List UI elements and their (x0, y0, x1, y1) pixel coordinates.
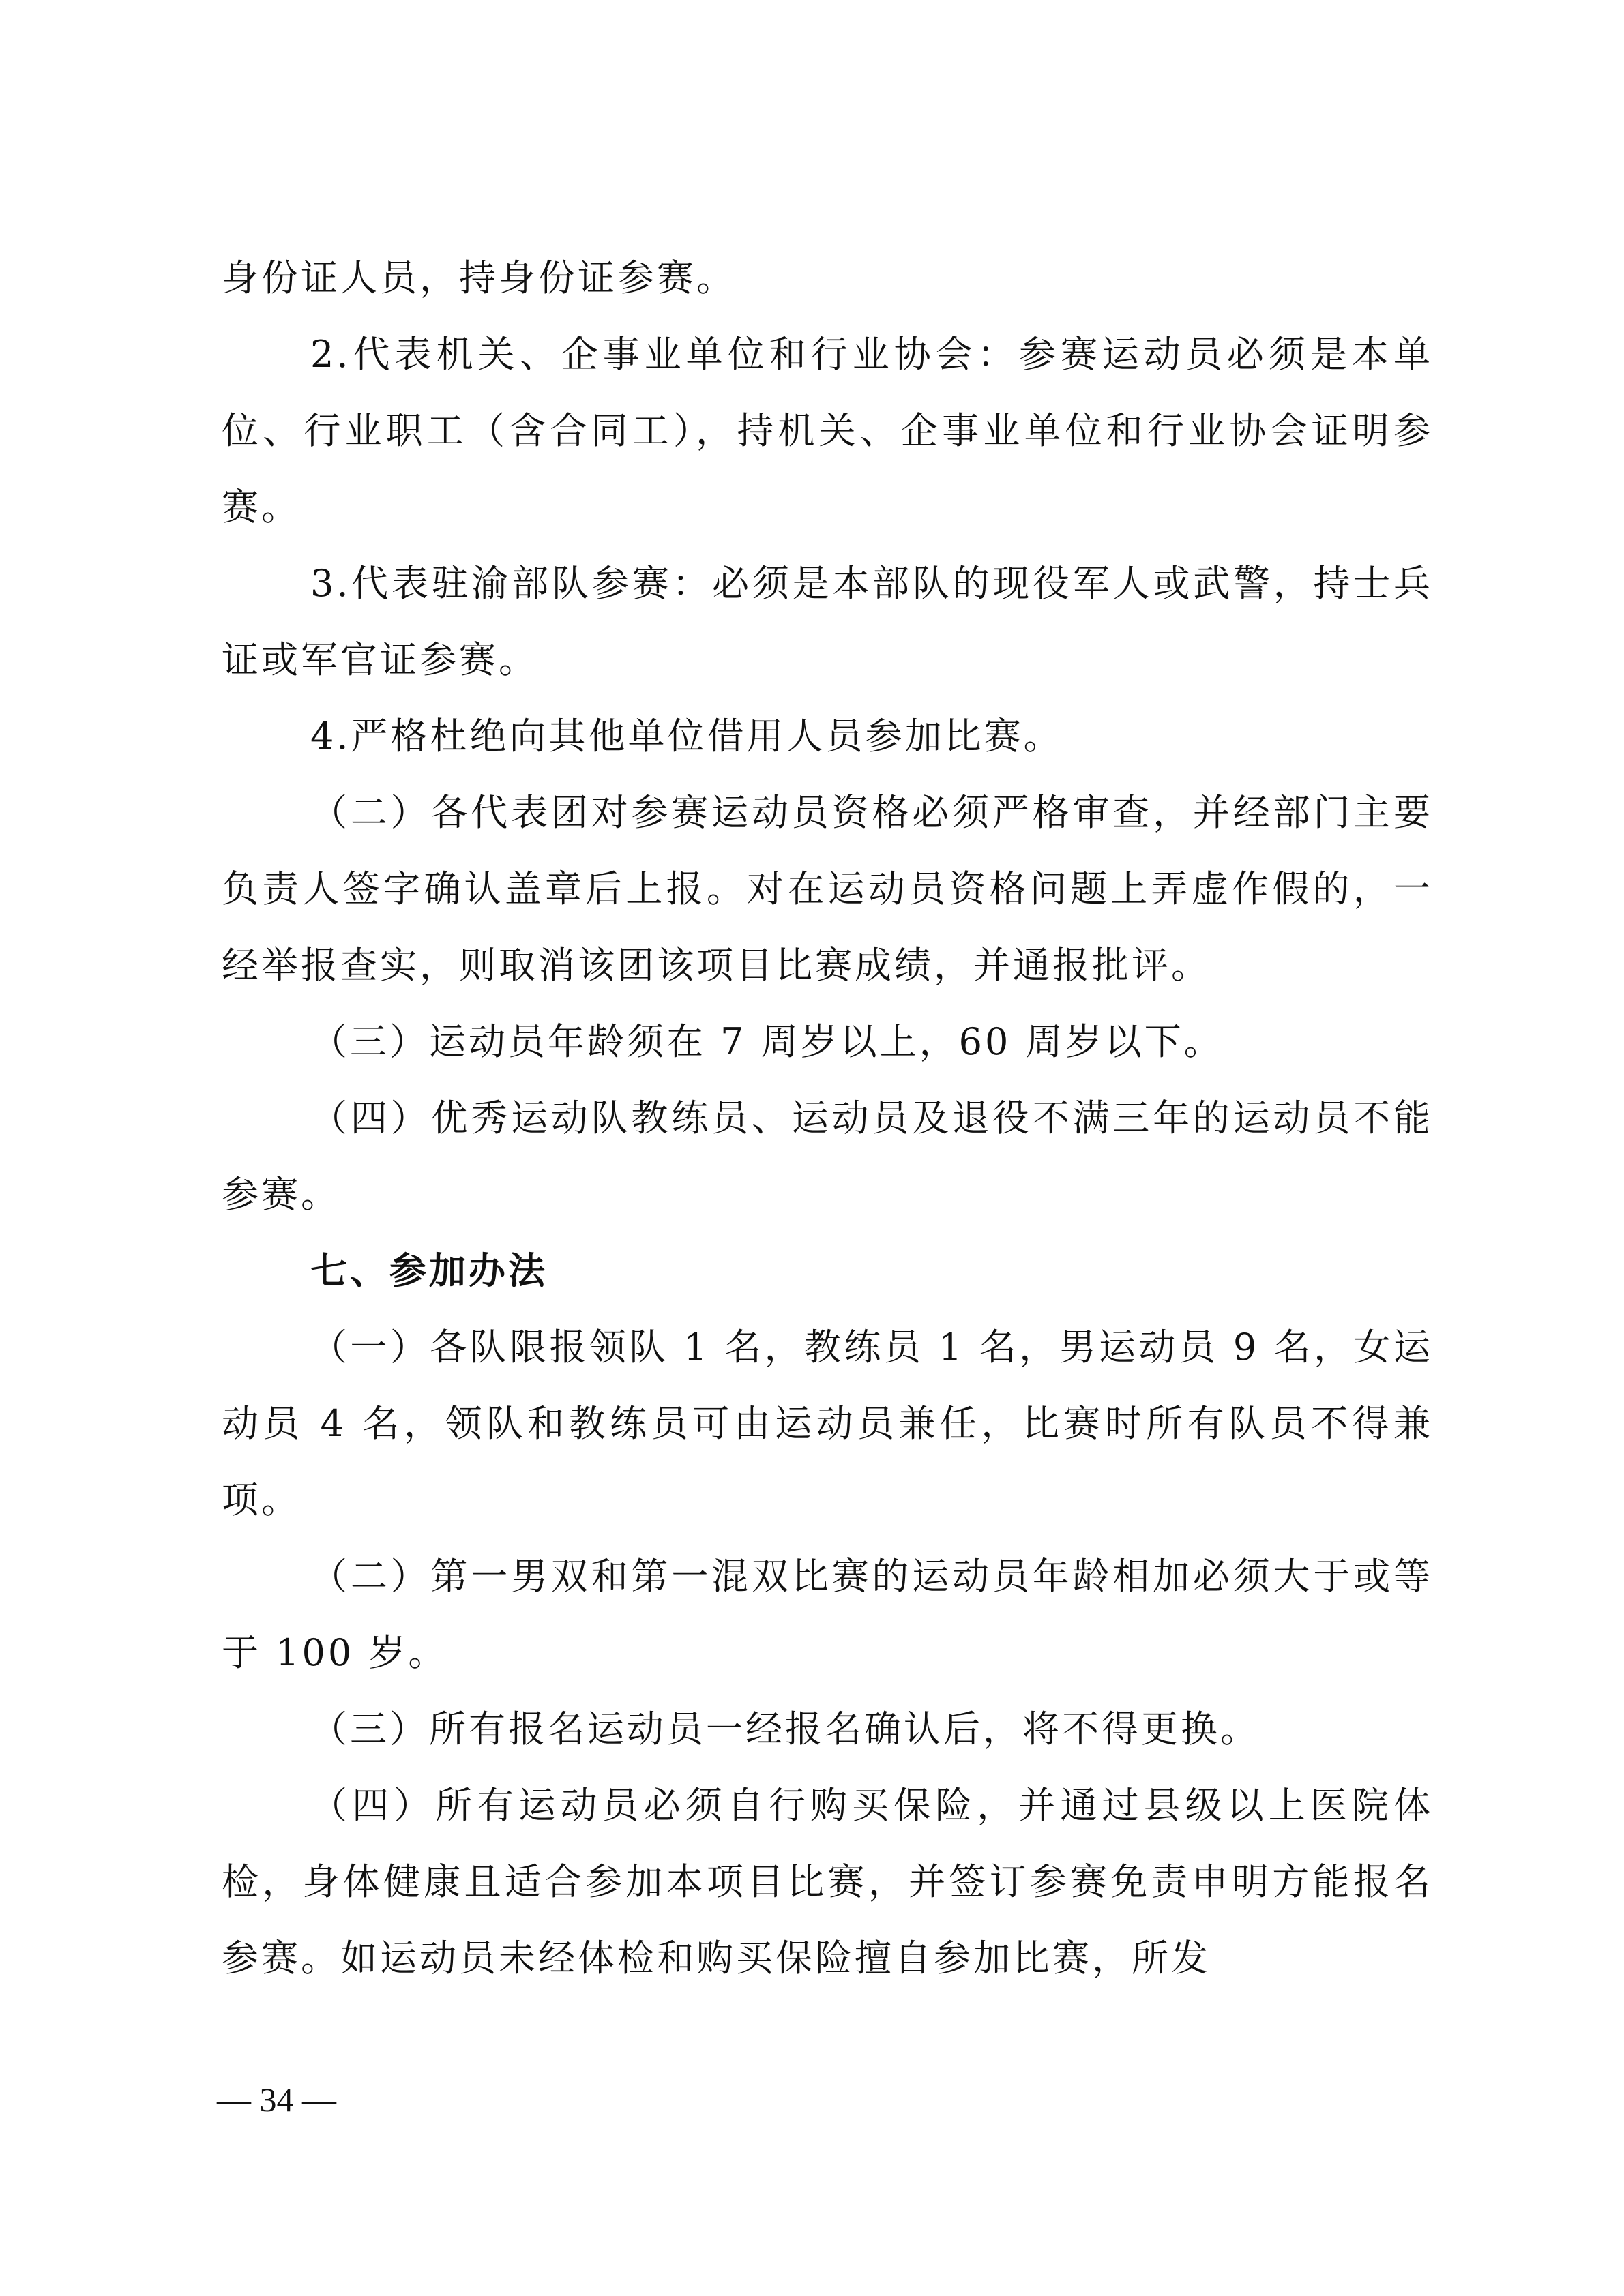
paragraph-no-replacement: （三）所有报名运动员一经报名确认后，将不得更换。 (222, 1691, 1433, 1768)
page-number: — 34 — (217, 2080, 336, 2119)
document-page: 身份证人员，持身份证参赛。 2.代表机关、企事业单位和行业协会：参赛运动员必须是… (0, 0, 1624, 2296)
paragraph-section-3-age-limit: （三）运动员年龄须在 7 周岁以上，60 周岁以下。 (222, 1004, 1433, 1080)
paragraph-insurance-medical: （四）所有运动员必须自行购买保险，并通过县级以上医院体检，身体健康且适合参加本项… (222, 1768, 1433, 1997)
paragraph-id-card-continuation: 身份证人员，持身份证参赛。 (222, 240, 1433, 316)
paragraph-item-3-military: 3.代表驻渝部队参赛：必须是本部队的现役军人或武警，持士兵证或军官证参赛。 (222, 546, 1433, 698)
paragraph-item-2-institutions: 2.代表机关、企事业单位和行业协会：参赛运动员必须是本单位、行业职工（含合同工）… (222, 316, 1433, 546)
paragraph-doubles-age-rule: （二）第一男双和第一混双比赛的运动员年龄相加必须大于或等于 100 岁。 (222, 1538, 1433, 1691)
paragraph-team-composition: （一）各队限报领队 1 名，教练员 1 名，男运动员 9 名，女运动员 4 名，… (222, 1309, 1433, 1538)
section-heading-participation-method: 七、参加办法 (222, 1233, 1433, 1309)
paragraph-item-4-no-borrowing: 4.严格杜绝向其他单位借用人员参加比赛。 (222, 698, 1433, 775)
paragraph-section-2-qualification-review: （二）各代表团对参赛运动员资格必须严格审查，并经部门主要负责人签字确认盖章后上报… (222, 775, 1433, 1004)
paragraph-section-4-professional-excluded: （四）优秀运动队教练员、运动员及退役不满三年的运动员不能参赛。 (222, 1080, 1433, 1233)
document-body: 身份证人员，持身份证参赛。 2.代表机关、企事业单位和行业协会：参赛运动员必须是… (222, 240, 1433, 1997)
